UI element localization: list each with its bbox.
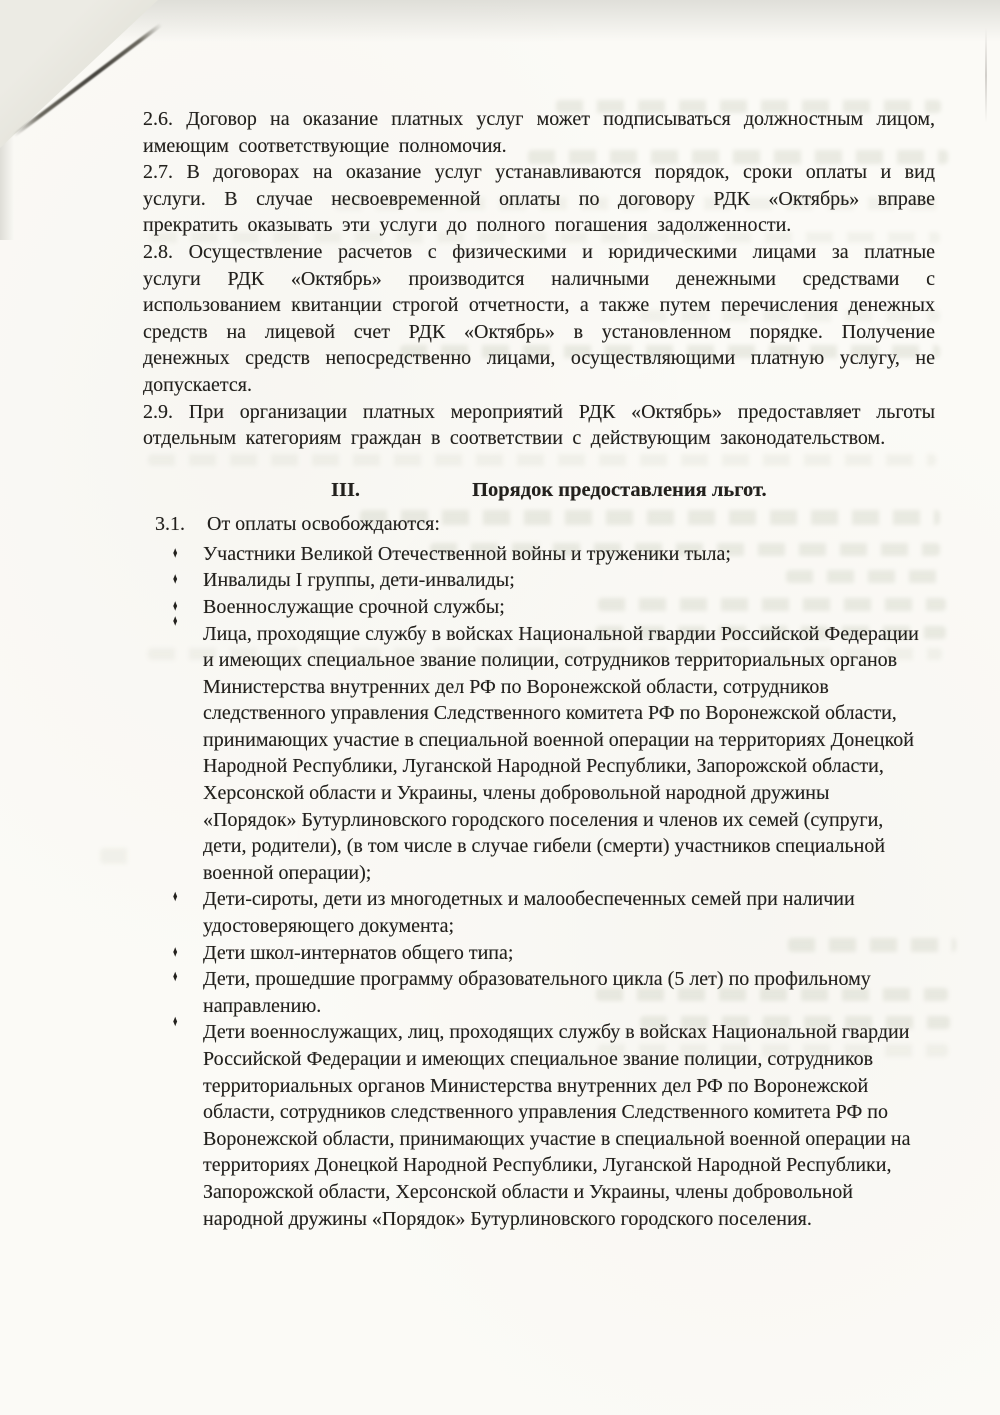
paragraph-2-6: 2.6. Договор на оказание платных услуг м… [143,106,935,159]
subsection-3-1: 3.1. От оплаты освобождаются: [143,511,935,538]
benefits-list: ♦Участники Великой Отечественной войны и… [143,541,935,1232]
list-item-text: Лица, проходящие службу в войсках Национ… [203,621,925,887]
scanned-page: 2.6. Договор на оказание платных услуг м… [0,0,1000,1415]
page-edge-line [985,28,987,123]
diamond-bullet-icon: ♦ [173,607,192,900]
paragraph-number: 2.9. [143,401,173,423]
list-item: ♦Дети школ-интернатов общего типа; [143,940,935,967]
list-item-text: Военнослужащие срочной службы; [203,594,505,621]
paragraph-text: Договор на оказание платных услуг может … [143,108,935,157]
bleedthrough-smudge [100,848,140,864]
list-item: ♦Инвалиды I группы, дети-инвалиды; [143,567,935,594]
diamond-bullet-icon: ♦ [173,566,192,595]
section-title: Порядок предоставления льгот. [472,477,767,504]
diamond-bullet-icon: ♦ [173,539,192,568]
paragraph-text: При организации платных мероприятий РДК … [143,401,935,450]
list-item: ♦Участники Великой Отечественной войны и… [143,541,935,568]
paragraph-2-8: 2.8. Осуществление расчетов с физическим… [143,239,935,399]
list-item-text: Инвалиды I группы, дети-инвалиды; [203,567,515,594]
document-body: 2.6. Договор на оказание платных услуг м… [143,106,935,1232]
list-item: ♦Дети, прошедшие программу образовательн… [143,966,935,1019]
section-heading: III. Порядок предоставления льгот. [143,477,935,504]
paragraph-2-7: 2.7. В договорах на оказание услуг устан… [143,159,935,239]
list-item-text: Дети-сироты, дети из многодетных и малоо… [203,886,925,939]
list-item-text: Дети, прошедшие программу образовательно… [203,966,925,1019]
section-number: III. [331,477,360,504]
list-item-text: Дети военнослужащих, лиц, проходящих слу… [203,1019,925,1232]
paragraph-text: Осуществление расчетов с физическими и ю… [143,241,935,396]
diamond-bullet-icon: ♦ [173,1009,192,1243]
diamond-bullet-icon: ♦ [173,884,192,943]
list-item: ♦Дети-сироты, дети из многодетных и мало… [143,886,935,939]
paragraph-2-9: 2.9. При организации платных мероприятий… [143,399,935,452]
subsection-text: От оплаты освобождаются: [207,511,440,538]
paragraph-text: В договорах на оказание услуг устанавлив… [143,161,935,236]
paragraph-number: 2.6. [143,108,173,130]
list-item-text: Дети школ-интернатов общего типа; [203,940,513,967]
paragraph-number: 2.8. [143,241,173,263]
list-item: ♦Военнослужащие срочной службы; [143,594,935,621]
list-item: ♦Дети военнослужащих, лиц, проходящих сл… [143,1019,935,1232]
list-item: ♦Лица, проходящие службу в войсках Нацио… [143,621,935,887]
paragraph-number: 2.7. [143,161,173,183]
list-item-text: Участники Великой Отечественной войны и … [203,541,731,568]
subsection-number: 3.1. [155,511,185,538]
